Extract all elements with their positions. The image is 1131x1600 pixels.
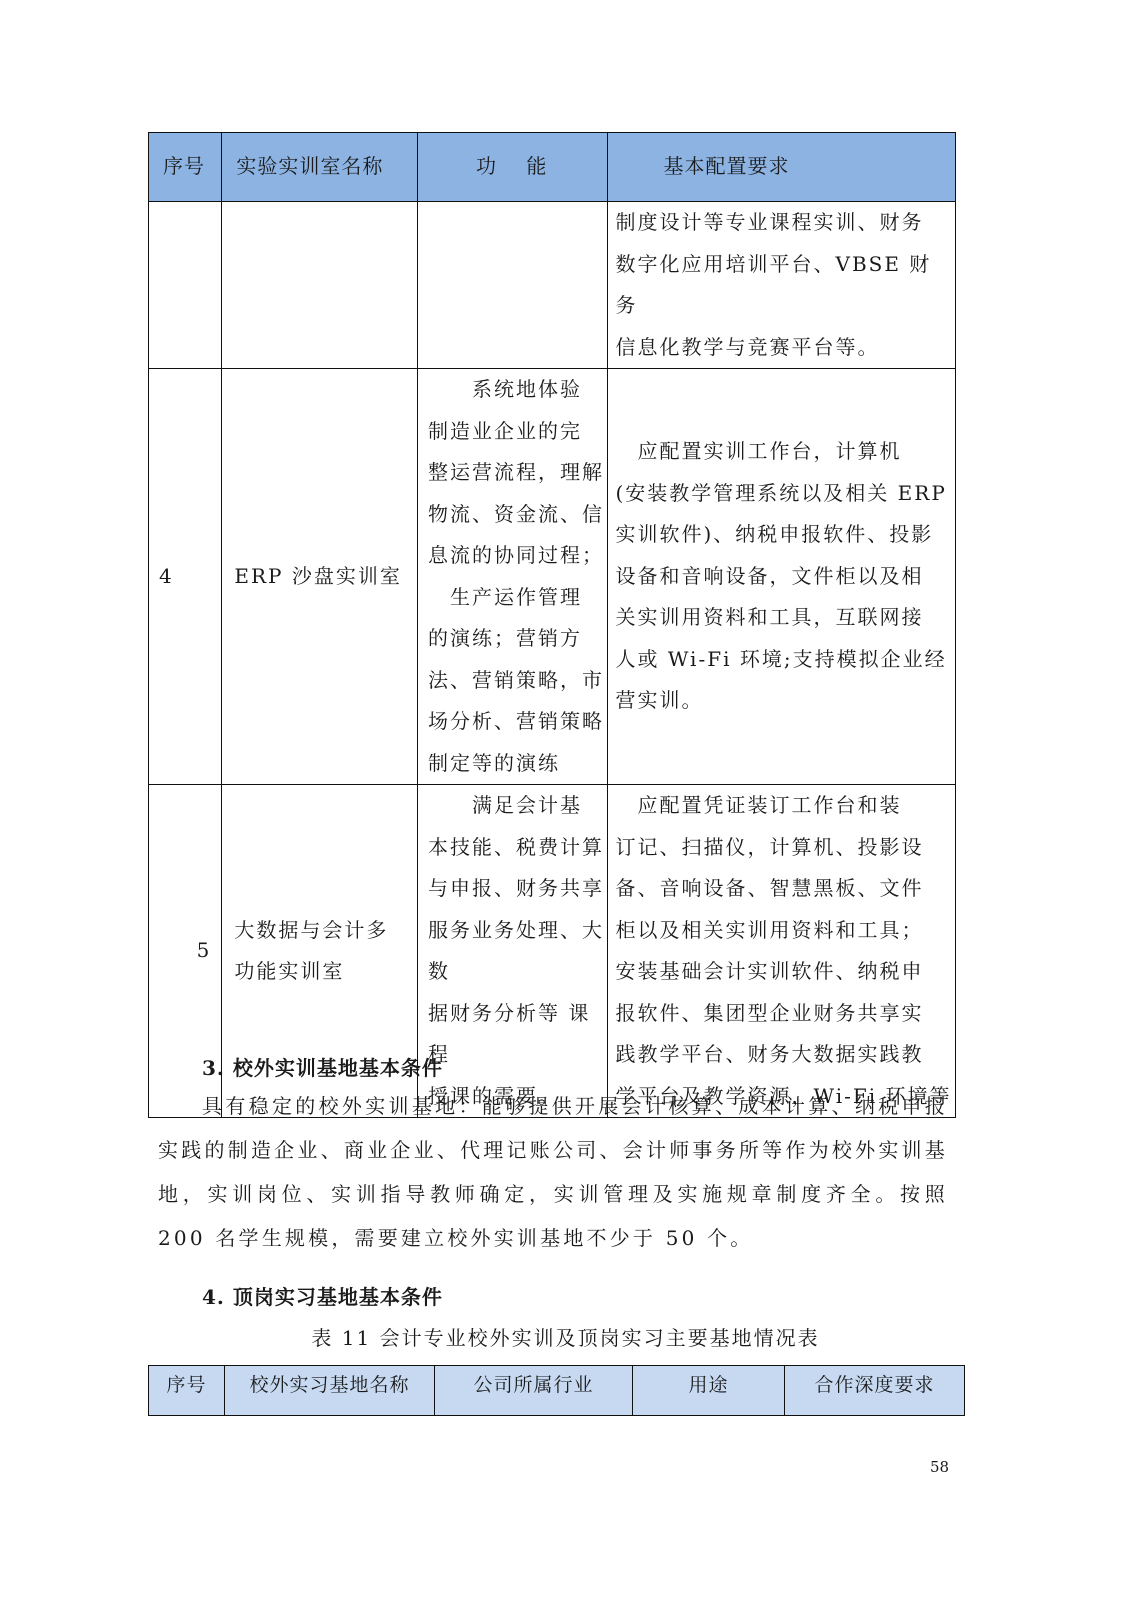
header-requirements: 基本配置要求 [607,133,956,202]
cell-function [417,202,607,369]
header-base-name: 校外实习基地名称 [225,1366,435,1416]
internship-base-table: 序号 校外实习基地名称 公司所属行业 用途 合作深度要求 [148,1365,965,1416]
section-paragraph: 具有稳定的校外实训基地：能够提供开展会计核算、成本计算、纳税申报实践的制造企业、… [158,1084,948,1260]
cell-function: 满足会计基 本技能、税费计算 与申报、财务共享 服务业务处理、大数 据财务分析等… [417,785,607,1118]
page-number: 58 [930,1458,949,1476]
cell-function: 系统地体验 制造业企业的完 整运营流程，理解 物流、资金流、信 息流的协同过程；… [417,369,607,785]
table-header-row: 序号 校外实习基地名称 公司所属行业 用途 合作深度要求 [149,1366,965,1416]
section-heading-3: 3. 校外实训基地基本条件 [202,1052,443,1081]
header-purpose: 用途 [633,1366,785,1416]
header-function: 功 能 [417,133,607,202]
cell-requirements: 应配置凭证装订工作台和装 订记、扫描仪，计算机、投影设 备、音响设备、智慧黑板、… [607,785,956,1118]
header-industry: 公司所属行业 [435,1366,633,1416]
table-row: 制度设计等专业课程实训、财务 数字化应用培训平台、VBSE 财务 信息化教学与竞… [149,202,956,369]
table-caption: 表 11 会计专业校外实训及顶岗实习主要基地情况表 [0,1322,1131,1351]
header-cooperation-depth: 合作深度要求 [785,1366,965,1416]
cell-requirements: 应配置实训工作台，计算机 (安装教学管理系统以及相关 ERP 实训软件)、纳税申… [607,369,956,785]
header-lab-name: 实验实训室名称 [222,133,418,202]
header-no: 序号 [149,133,222,202]
cell-no [149,202,222,369]
section-heading-4: 4. 顶岗实习基地基本条件 [202,1281,443,1310]
cell-lab-name [222,202,418,369]
lab-config-table: 序号 实验实训室名称 功 能 基本配置要求 制度设计等专业课程实训、财务 数字化… [148,132,956,1118]
cell-lab-name: ERP 沙盘实训室 [222,369,418,785]
header-no: 序号 [149,1366,225,1416]
table-header-row: 序号 实验实训室名称 功 能 基本配置要求 [149,133,956,202]
cell-requirements: 制度设计等专业课程实训、财务 数字化应用培训平台、VBSE 财务 信息化教学与竞… [607,202,956,369]
cell-no: 4 [149,369,222,785]
table-row: 4 ERP 沙盘实训室 系统地体验 制造业企业的完 整运营流程，理解 物流、资金… [149,369,956,785]
